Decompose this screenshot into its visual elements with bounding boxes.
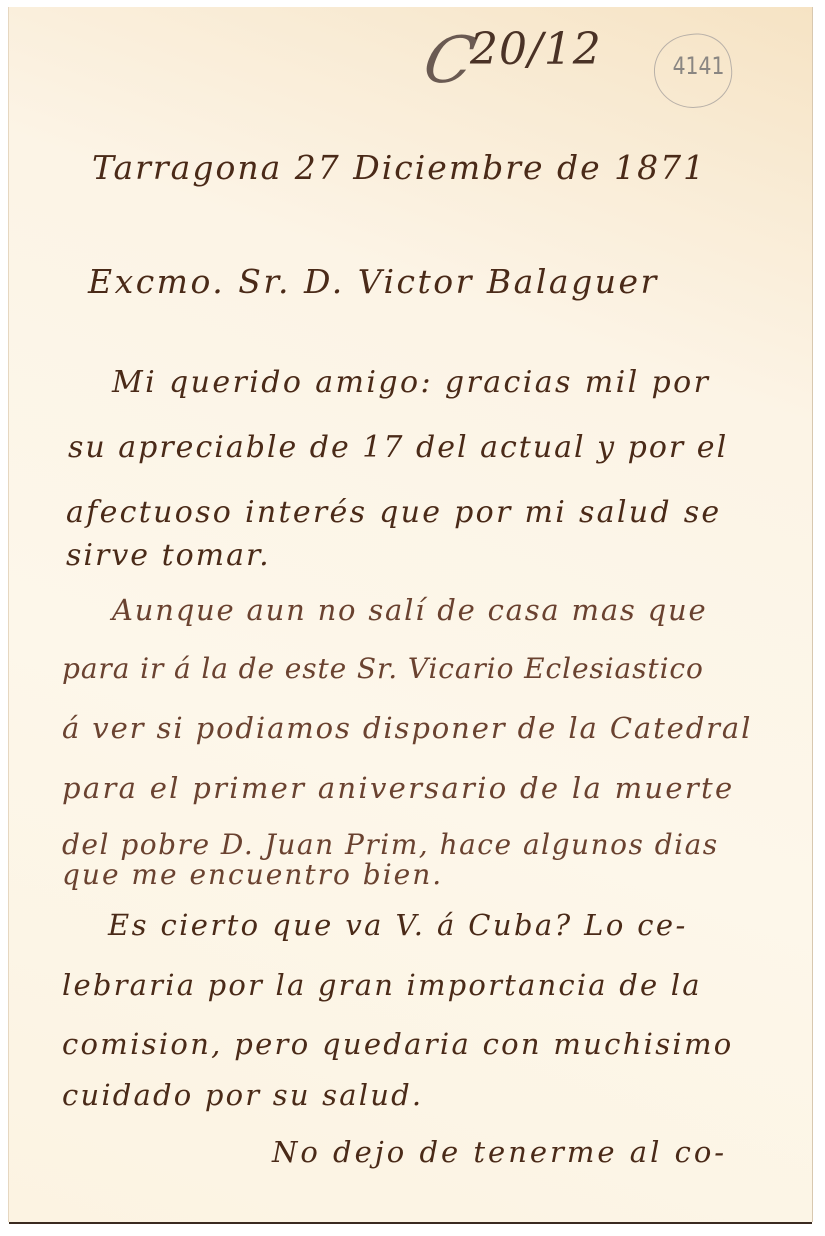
catalog-number: 4141 xyxy=(673,52,725,80)
paragraph-1-line-2: su apreciable de 17 del actual y por el xyxy=(68,430,728,465)
paragraph-2-line-3: á ver si podiamos disponer de la Catedra… xyxy=(62,711,752,745)
paragraph-3-line-1: Es cierto que va V. á Cuba? Lo ce- xyxy=(108,908,688,942)
paragraph-4-line-1: No dejo de tenerme al co- xyxy=(272,1135,727,1169)
paragraph-2-line-1: Aunque aun no salí de casa mas que xyxy=(112,593,707,627)
paragraph-3-line-4: cuidado por su salud. xyxy=(62,1078,423,1112)
archive-date-mark: 20/12 xyxy=(470,24,602,75)
paragraph-2-line-6: que me encuentro bien. xyxy=(62,858,443,891)
paragraph-3-line-2: lebraria por la gran importancia de la xyxy=(62,968,702,1002)
paragraph-2-line-4: para el primer aniversario de la muerte xyxy=(62,771,734,805)
paragraph-1-line-3: afectuoso interés que por mi salud se xyxy=(66,495,721,530)
paragraph-3-line-3: comision, pero quedaria con muchisimo xyxy=(62,1027,734,1061)
paragraph-1-line-4: sirve tomar. xyxy=(66,538,271,573)
paragraph-1-line-1: Mi querido amigo: gracias mil por xyxy=(112,365,710,400)
paragraph-2-line-5: del pobre D. Juan Prim, hace algunos dia… xyxy=(62,828,719,861)
place-date: Tarragona 27 Diciembre de 1871 xyxy=(92,148,706,187)
paragraph-2-line-2: para ir á la de este Sr. Vicario Eclesia… xyxy=(62,652,704,685)
salutation: Excmo. Sr. D. Victor Balaguer xyxy=(88,262,659,301)
